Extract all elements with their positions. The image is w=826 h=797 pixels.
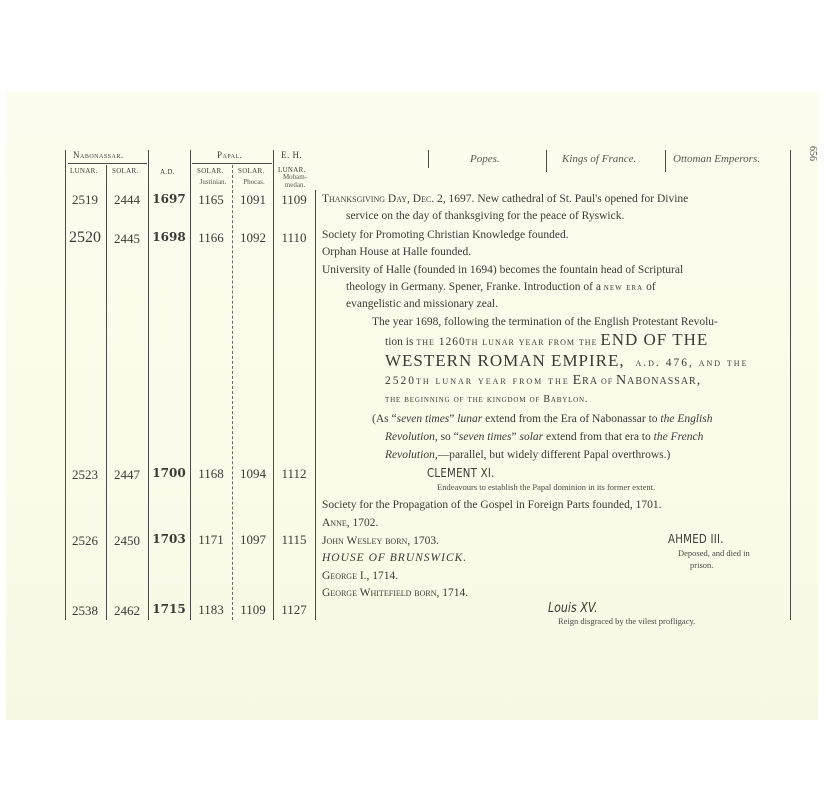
event-whitefield: George Whitefield born, 1714. bbox=[322, 584, 468, 602]
column-divider bbox=[315, 190, 316, 620]
king-name: Louis XV. bbox=[548, 601, 598, 616]
cell-mohammedan: 1109 bbox=[274, 192, 314, 208]
cell-ad: 1698 bbox=[149, 230, 189, 244]
event-text: of bbox=[646, 281, 656, 293]
page-number: 656 bbox=[807, 146, 818, 161]
header-papal: Papal. bbox=[217, 150, 242, 160]
note-1698-line3: WESTERN ROMAN EMPIRE, a.d. 476, and the bbox=[385, 352, 748, 372]
header-eh: E. H. bbox=[281, 150, 302, 160]
cell-justinian: 1183 bbox=[191, 602, 231, 618]
note-text: the French bbox=[654, 431, 704, 443]
cell-phocas: 1092 bbox=[233, 230, 273, 246]
note-text: Revolution, bbox=[385, 449, 438, 461]
note-text: the 1260th lunar year from the bbox=[416, 336, 597, 348]
event-brunswick: HOUSE OF BRUNSWICK. bbox=[322, 549, 467, 567]
column-divider bbox=[546, 150, 547, 172]
column-divider bbox=[190, 150, 191, 620]
event-orphan-house: Orphan House at Halle founded. bbox=[322, 243, 471, 261]
pope-name: CLEMENT XI. bbox=[427, 466, 495, 480]
event-text: new era bbox=[604, 282, 643, 293]
cell-justinian: 1165 bbox=[191, 192, 231, 208]
event-anne: Anne, 1702. bbox=[322, 514, 378, 532]
cell-justinian: 1166 bbox=[191, 230, 231, 246]
note-1698-line1: The year 1698, following the termination… bbox=[372, 313, 718, 331]
event-text: New cathedral of St. Paul's opened for D… bbox=[477, 193, 688, 205]
cell-solar: 2450 bbox=[107, 533, 147, 549]
note-text: END OF THE bbox=[600, 330, 708, 349]
note-text: so “ bbox=[438, 431, 459, 443]
header-ad: A.D. bbox=[160, 168, 175, 176]
right-border bbox=[790, 150, 791, 620]
cell-phocas: 1094 bbox=[233, 466, 273, 482]
column-divider bbox=[665, 150, 666, 172]
note-text: 2520th lunar year from the bbox=[385, 375, 570, 387]
cell-solar: 2445 bbox=[107, 231, 147, 247]
note-text: solar bbox=[519, 431, 543, 443]
cell-ad: 1703 bbox=[149, 532, 189, 546]
cell-phocas: 1097 bbox=[233, 532, 273, 548]
event-text: Thanksgiving Day, Dec. 2, 1697. bbox=[322, 193, 474, 205]
note-text: extend from that era to bbox=[543, 431, 654, 443]
event-george-i: George I., 1714. bbox=[322, 567, 398, 585]
note-text: Nabonassar, bbox=[616, 373, 701, 388]
cell-phocas: 1091 bbox=[233, 192, 273, 208]
cell-mohammedan: 1127 bbox=[274, 602, 314, 618]
note-text: Revolution, bbox=[385, 431, 438, 443]
note-text: Era bbox=[573, 373, 598, 388]
cell-solar: 2447 bbox=[107, 467, 147, 483]
header-phocas: Phocas. bbox=[234, 178, 274, 186]
note-text: WESTERN ROMAN EMPIRE, bbox=[385, 351, 625, 370]
header-rule bbox=[192, 163, 272, 164]
note-1698-line5: the beginning of the kingdom of Babylon. bbox=[385, 390, 588, 409]
note-text: lunar bbox=[457, 413, 482, 425]
header-nabonassar: Nabonassar. bbox=[73, 150, 124, 160]
event-halle: University of Halle (founded in 1694) be… bbox=[322, 261, 683, 279]
note-text: a.d. 476, and the bbox=[636, 357, 749, 369]
header-solar-justinian: Solar. bbox=[197, 167, 224, 175]
event-thanksgiving: Thanksgiving Day, Dec. 2, 1697. New cath… bbox=[322, 190, 688, 208]
note-text: the beginning of the kingdom of Babylon. bbox=[385, 394, 588, 405]
note-seven-times-line1: (As “seven times” lunar extend from the … bbox=[372, 410, 712, 428]
note-seven-times-line3: Revolution,—parallel, but widely differe… bbox=[385, 446, 670, 464]
header-justinian: Justinian. bbox=[193, 178, 233, 186]
emperor-name: AHMED III. bbox=[668, 532, 724, 546]
note-1698-line4: 2520th lunar year from the Era of Nabona… bbox=[385, 372, 701, 390]
cell-ad: 1700 bbox=[149, 466, 189, 480]
ottoman-ahmed-iii-note: Deposed, and died in bbox=[678, 548, 750, 558]
cell-lunar: 2519 bbox=[65, 192, 105, 208]
cell-justinian: 1168 bbox=[191, 466, 231, 482]
event-wesley: John Wesley born, 1703. bbox=[322, 532, 439, 550]
note-text: the English bbox=[660, 413, 712, 425]
note-text: seven times bbox=[459, 431, 512, 443]
column-head-popes: Popes. bbox=[470, 153, 500, 165]
header-solar-phocas: Solar. bbox=[238, 167, 265, 175]
column-divider bbox=[428, 150, 429, 168]
note-1698-line2: tion is the 1260th lunar year from the E… bbox=[385, 331, 708, 351]
pope-clement-xi-note: Endeavours to establish the Papal domini… bbox=[437, 482, 655, 492]
cell-lunar: 2538 bbox=[65, 603, 105, 619]
event-spck: Society for Promoting Christian Knowledg… bbox=[322, 226, 569, 244]
column-head-ottoman-emperors: Ottoman Emperors. bbox=[673, 153, 760, 165]
note-text: extend from the Era of Nabonassar to bbox=[482, 413, 660, 425]
pope-clement-xi: CLEMENT XI. bbox=[427, 464, 507, 482]
cell-mohammedan: 1115 bbox=[274, 532, 314, 548]
cell-ad: 1715 bbox=[149, 602, 189, 616]
header-solar: Solar. bbox=[112, 167, 139, 175]
event-thanksgiving-cont: service on the day of thanksgiving for t… bbox=[346, 207, 624, 225]
event-text: theology in Germany. Spener, Franke. Int… bbox=[346, 281, 601, 293]
cell-solar: 2444 bbox=[107, 192, 147, 208]
cell-lunar: 2520 bbox=[65, 229, 105, 247]
note-text: —parallel, but widely different Papal ov… bbox=[438, 449, 671, 461]
ottoman-ahmed-iii: AHMED III. bbox=[668, 530, 734, 548]
column-divider bbox=[148, 150, 149, 620]
column-divider bbox=[273, 150, 274, 620]
cell-lunar: 2526 bbox=[65, 533, 105, 549]
king-louis-xv-note: Reign disgraced by the vilest profligacy… bbox=[558, 616, 695, 626]
ottoman-ahmed-iii-note-cont: prison. bbox=[690, 560, 713, 570]
cell-solar: 2462 bbox=[107, 603, 147, 619]
cell-mohammedan: 1110 bbox=[274, 230, 314, 246]
cell-lunar: 2523 bbox=[65, 467, 105, 483]
king-louis-xv: Louis XV. bbox=[548, 599, 606, 617]
note-text: (As “ bbox=[372, 413, 397, 425]
cell-justinian: 1171 bbox=[191, 532, 231, 548]
column-head-kings-of-france: Kings of France. bbox=[562, 153, 636, 165]
note-seven-times-line2: Revolution, so “seven times” solar exten… bbox=[385, 428, 703, 446]
column-divider bbox=[65, 150, 66, 620]
note-text: seven times bbox=[397, 413, 450, 425]
note-text: tion is bbox=[385, 336, 413, 348]
event-spg: Society for the Propagation of the Gospe… bbox=[322, 496, 662, 514]
cell-mohammedan: 1112 bbox=[274, 466, 314, 482]
header-rule bbox=[68, 163, 147, 164]
header-lunar: Lunar. bbox=[70, 167, 98, 175]
event-halle-cont2: evangelistic and missionary zeal. bbox=[346, 295, 498, 313]
cell-ad: 1697 bbox=[149, 192, 189, 206]
header-mohammedan: Moham-medan. bbox=[275, 173, 315, 189]
cell-phocas: 1109 bbox=[233, 602, 273, 618]
note-text: of bbox=[601, 375, 613, 387]
